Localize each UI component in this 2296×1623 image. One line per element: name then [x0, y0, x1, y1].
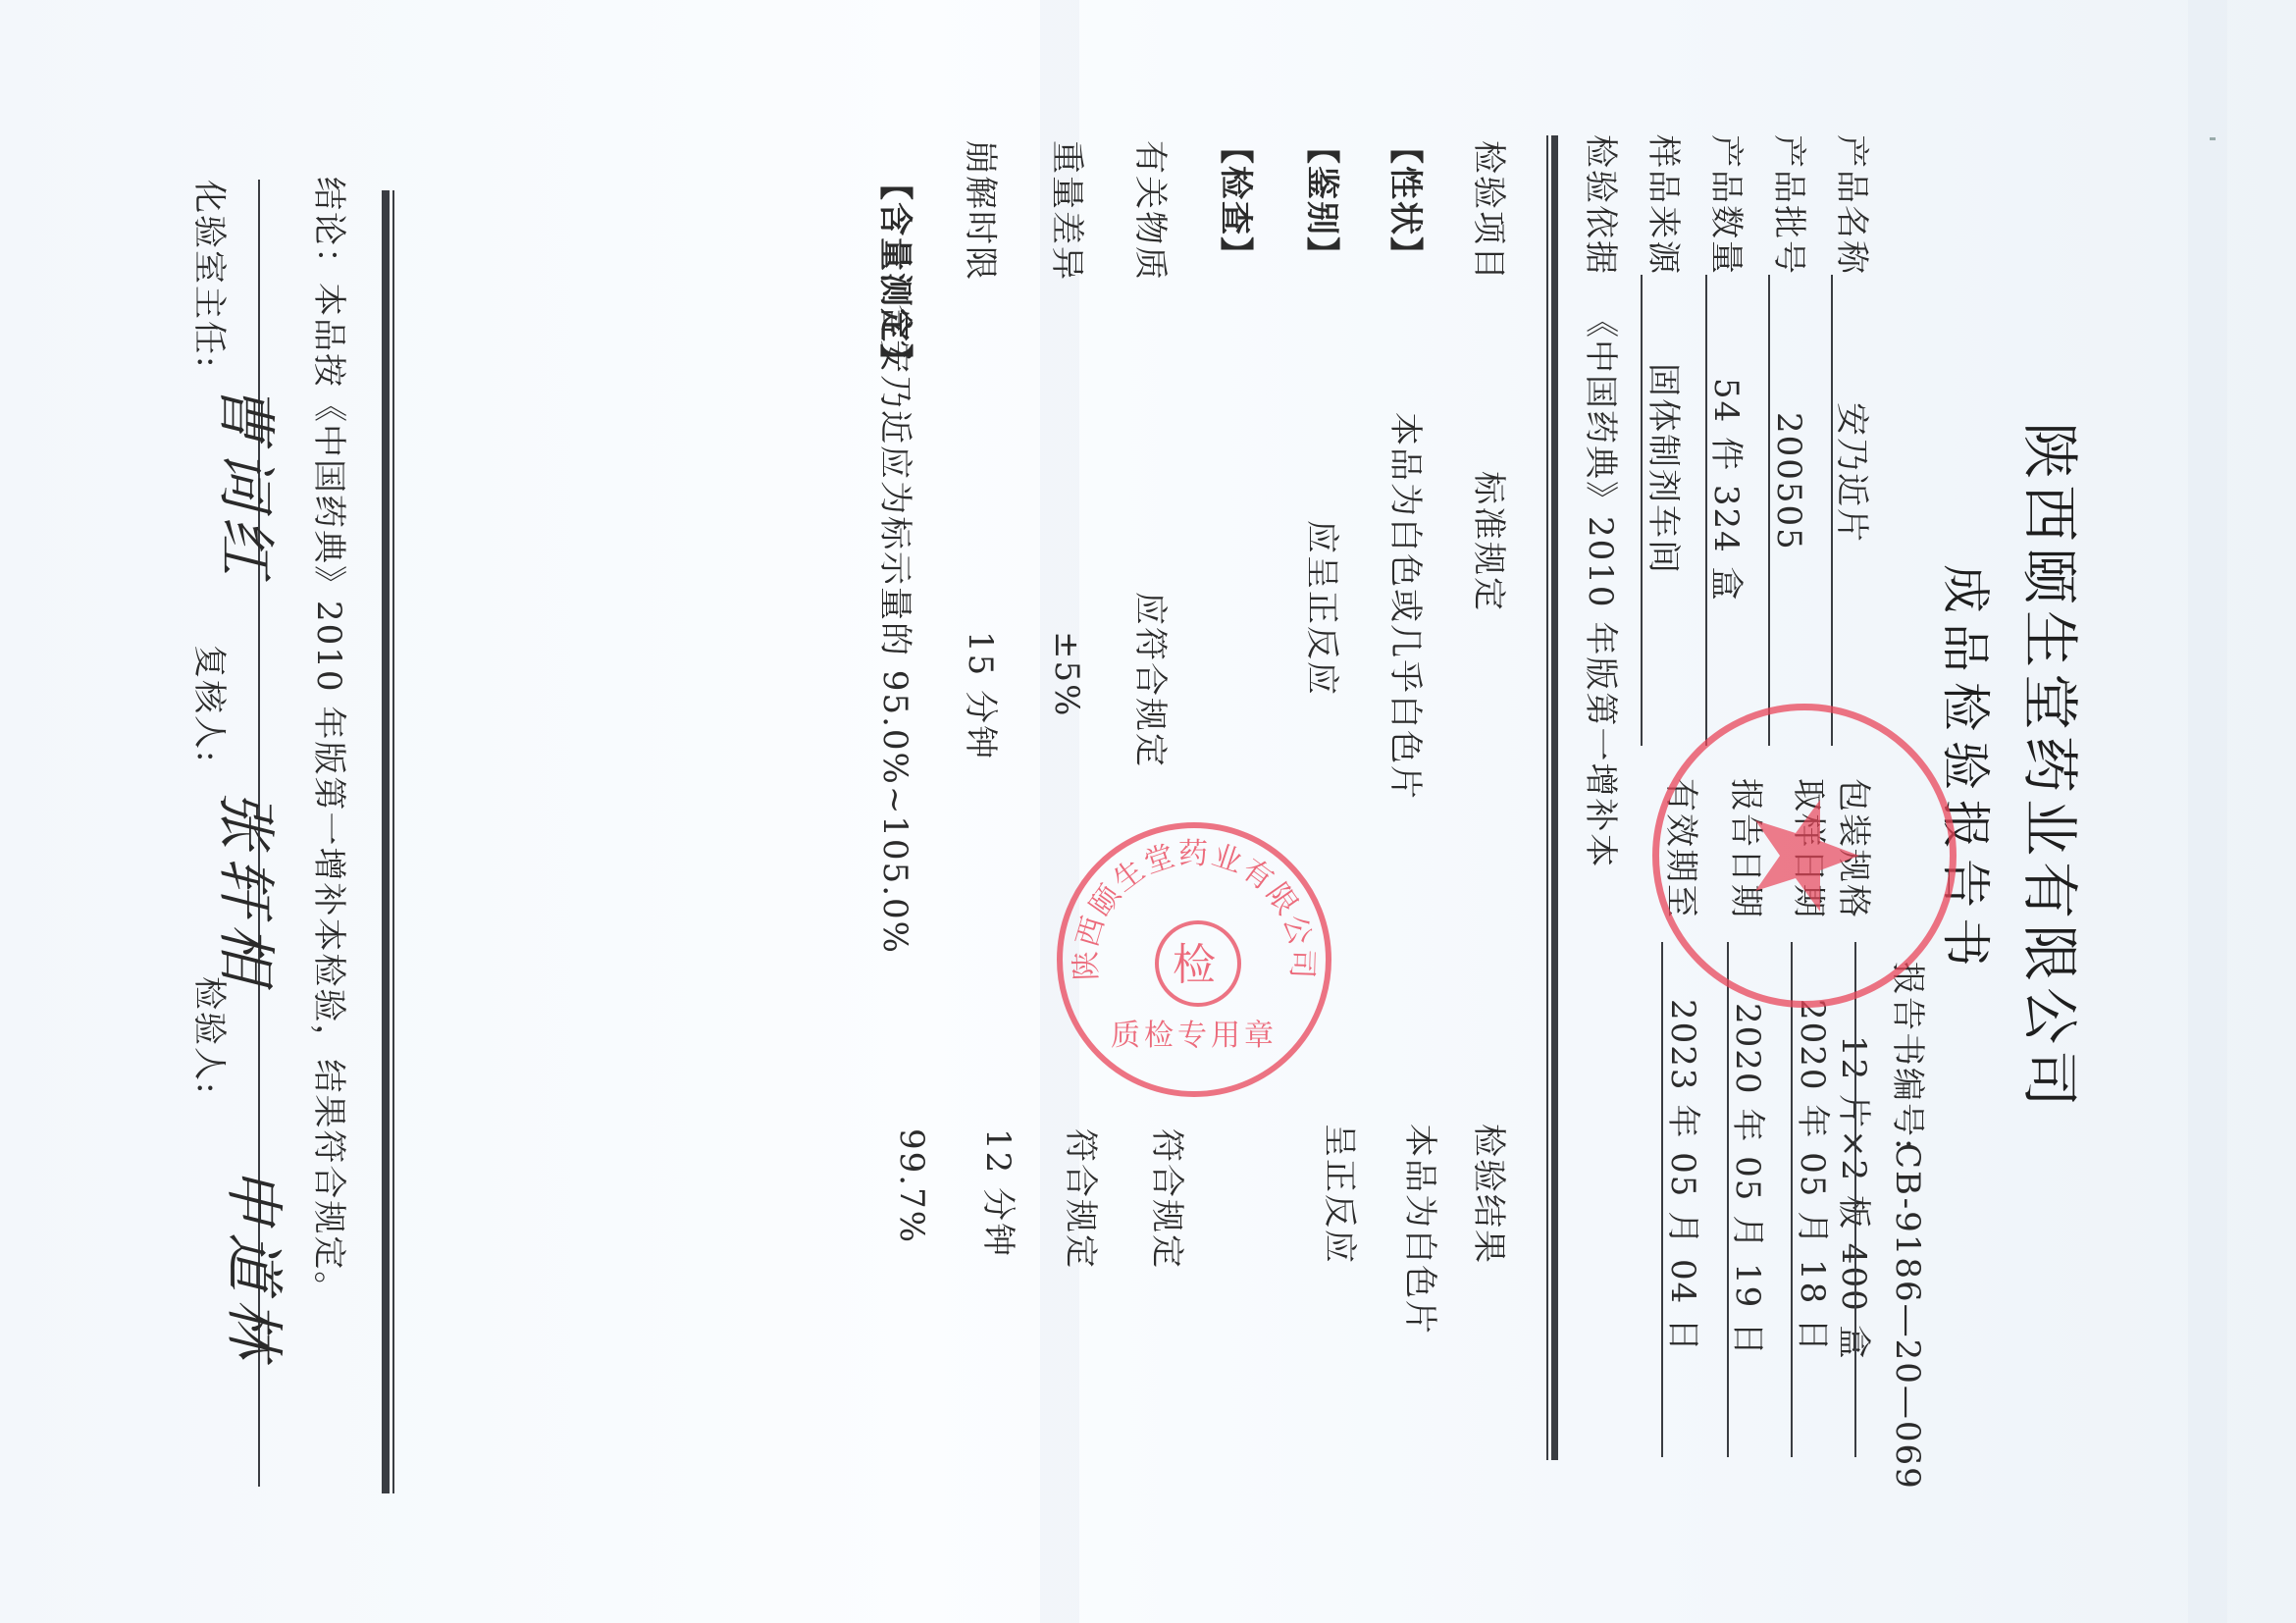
- row-item: 【性状】: [1388, 131, 1422, 272]
- header-divider-thin: [1546, 135, 1548, 1460]
- scanned-page: 陕西颐生堂药业有限公司 成品检验报告书 产品名称 安乃近片 产品批号 20050…: [0, 0, 2296, 1623]
- field-value-report-date: 2020 年 05 月 19 日: [1731, 1003, 1764, 1357]
- field-value-sample-source: 固体制剂车间: [1646, 363, 1680, 575]
- conclusion-text: 结论：本品按《中国药典》2010 年版第一增补本检验，结果符合规定。: [312, 177, 345, 1306]
- qc-stamp-ring-text: 陕西颐生堂药业有限公司: [1063, 828, 1326, 1091]
- field-label-basis: 检验依据: [1584, 134, 1617, 276]
- row-result: 12 分钟: [981, 1128, 1015, 1258]
- row-item: 【鉴别】: [1305, 131, 1338, 272]
- row-item: 【检查】: [1219, 131, 1252, 272]
- field-label-product-name: 产品名称: [1835, 134, 1868, 276]
- field-value-basis: 《中国药典》2010 年版第一增补本: [1584, 304, 1617, 868]
- underline-quantity: [1705, 275, 1707, 746]
- star-icon: [1659, 710, 1950, 1001]
- row-item: 重量差异: [1050, 140, 1083, 282]
- field-value-sampling-date: 2020 年 05 月 18 日: [1796, 999, 1829, 1353]
- row-result: 符合规定: [1064, 1128, 1097, 1270]
- underline-report-date: [1727, 942, 1729, 1457]
- row-standard: 应符合规定: [1133, 592, 1167, 768]
- company-seal-stamp: [1652, 704, 1957, 1008]
- underline-packaging: [1854, 942, 1856, 1457]
- field-label-sample-source: 样品来源: [1646, 134, 1680, 276]
- reviewer-signature: 张轩相: [208, 790, 292, 990]
- underline-sample-source: [1641, 275, 1643, 746]
- reviewer-label: 复核人:: [192, 645, 226, 763]
- row-result: 本品为白色片: [1403, 1124, 1436, 1335]
- row-standard: 含安乃近应为标示量的 95.0%~105.0%: [878, 304, 912, 955]
- underline-batch-no: [1768, 275, 1770, 746]
- inspector-label: 检验人:: [192, 976, 226, 1095]
- row-result: 99.7%: [895, 1128, 928, 1244]
- col-header-standard: 标准规定: [1472, 471, 1505, 612]
- col-header-result: 检验结果: [1472, 1124, 1505, 1265]
- underline-sampling-date: [1791, 942, 1793, 1457]
- svg-text:陕西颐生堂药业有限公司: 陕西颐生堂药业有限公司: [1070, 837, 1320, 981]
- company-name: 陕西颐生堂药业有限公司: [2021, 422, 2078, 1113]
- underline-expiry: [1661, 942, 1663, 1457]
- paper-edge: [2188, 0, 2227, 1623]
- row-standard: 15 分钟: [964, 631, 997, 760]
- field-value-batch-no: 200505: [1772, 412, 1805, 551]
- report-no-value: CB-9186—20—069: [1891, 1143, 1924, 1491]
- row-result: 呈正反应: [1323, 1124, 1356, 1265]
- row-standard: ±5%: [1050, 631, 1083, 717]
- inspector-signature: 申道林: [216, 1166, 300, 1366]
- row-result: 符合规定: [1150, 1128, 1183, 1270]
- row-standard: 本品为白色或几乎白色片: [1388, 412, 1422, 801]
- field-value-product-name: 安乃近片: [1835, 402, 1868, 544]
- table-bottom-divider-thin: [392, 190, 394, 1493]
- header-divider-thick: [1551, 135, 1558, 1460]
- lab-director-label: 化验室主任:: [192, 180, 226, 369]
- field-value-packaging: 12 片×2 板 400 盒: [1837, 1035, 1870, 1361]
- row-item: 有关物质: [1133, 140, 1167, 282]
- field-label-batch-no: 产品批号: [1772, 134, 1805, 276]
- qc-stamp: 检 质检专用章 陕西颐生堂药业有限公司: [1057, 822, 1331, 1097]
- lab-director-signature: 曹词红: [208, 383, 292, 583]
- row-item: 崩解时限: [964, 140, 997, 282]
- field-value-quantity: 54 件 324 盒: [1709, 378, 1743, 602]
- scan-speck: [2210, 137, 2216, 140]
- row-standard: 应呈正反应: [1305, 520, 1338, 697]
- table-bottom-divider-thick: [382, 190, 390, 1493]
- underline-product-name: [1831, 275, 1833, 746]
- field-value-expiry: 2023 年 05 月 04 日: [1666, 999, 1699, 1353]
- field-label-quantity: 产品数量: [1709, 134, 1743, 276]
- col-header-item: 检验项目: [1472, 140, 1505, 282]
